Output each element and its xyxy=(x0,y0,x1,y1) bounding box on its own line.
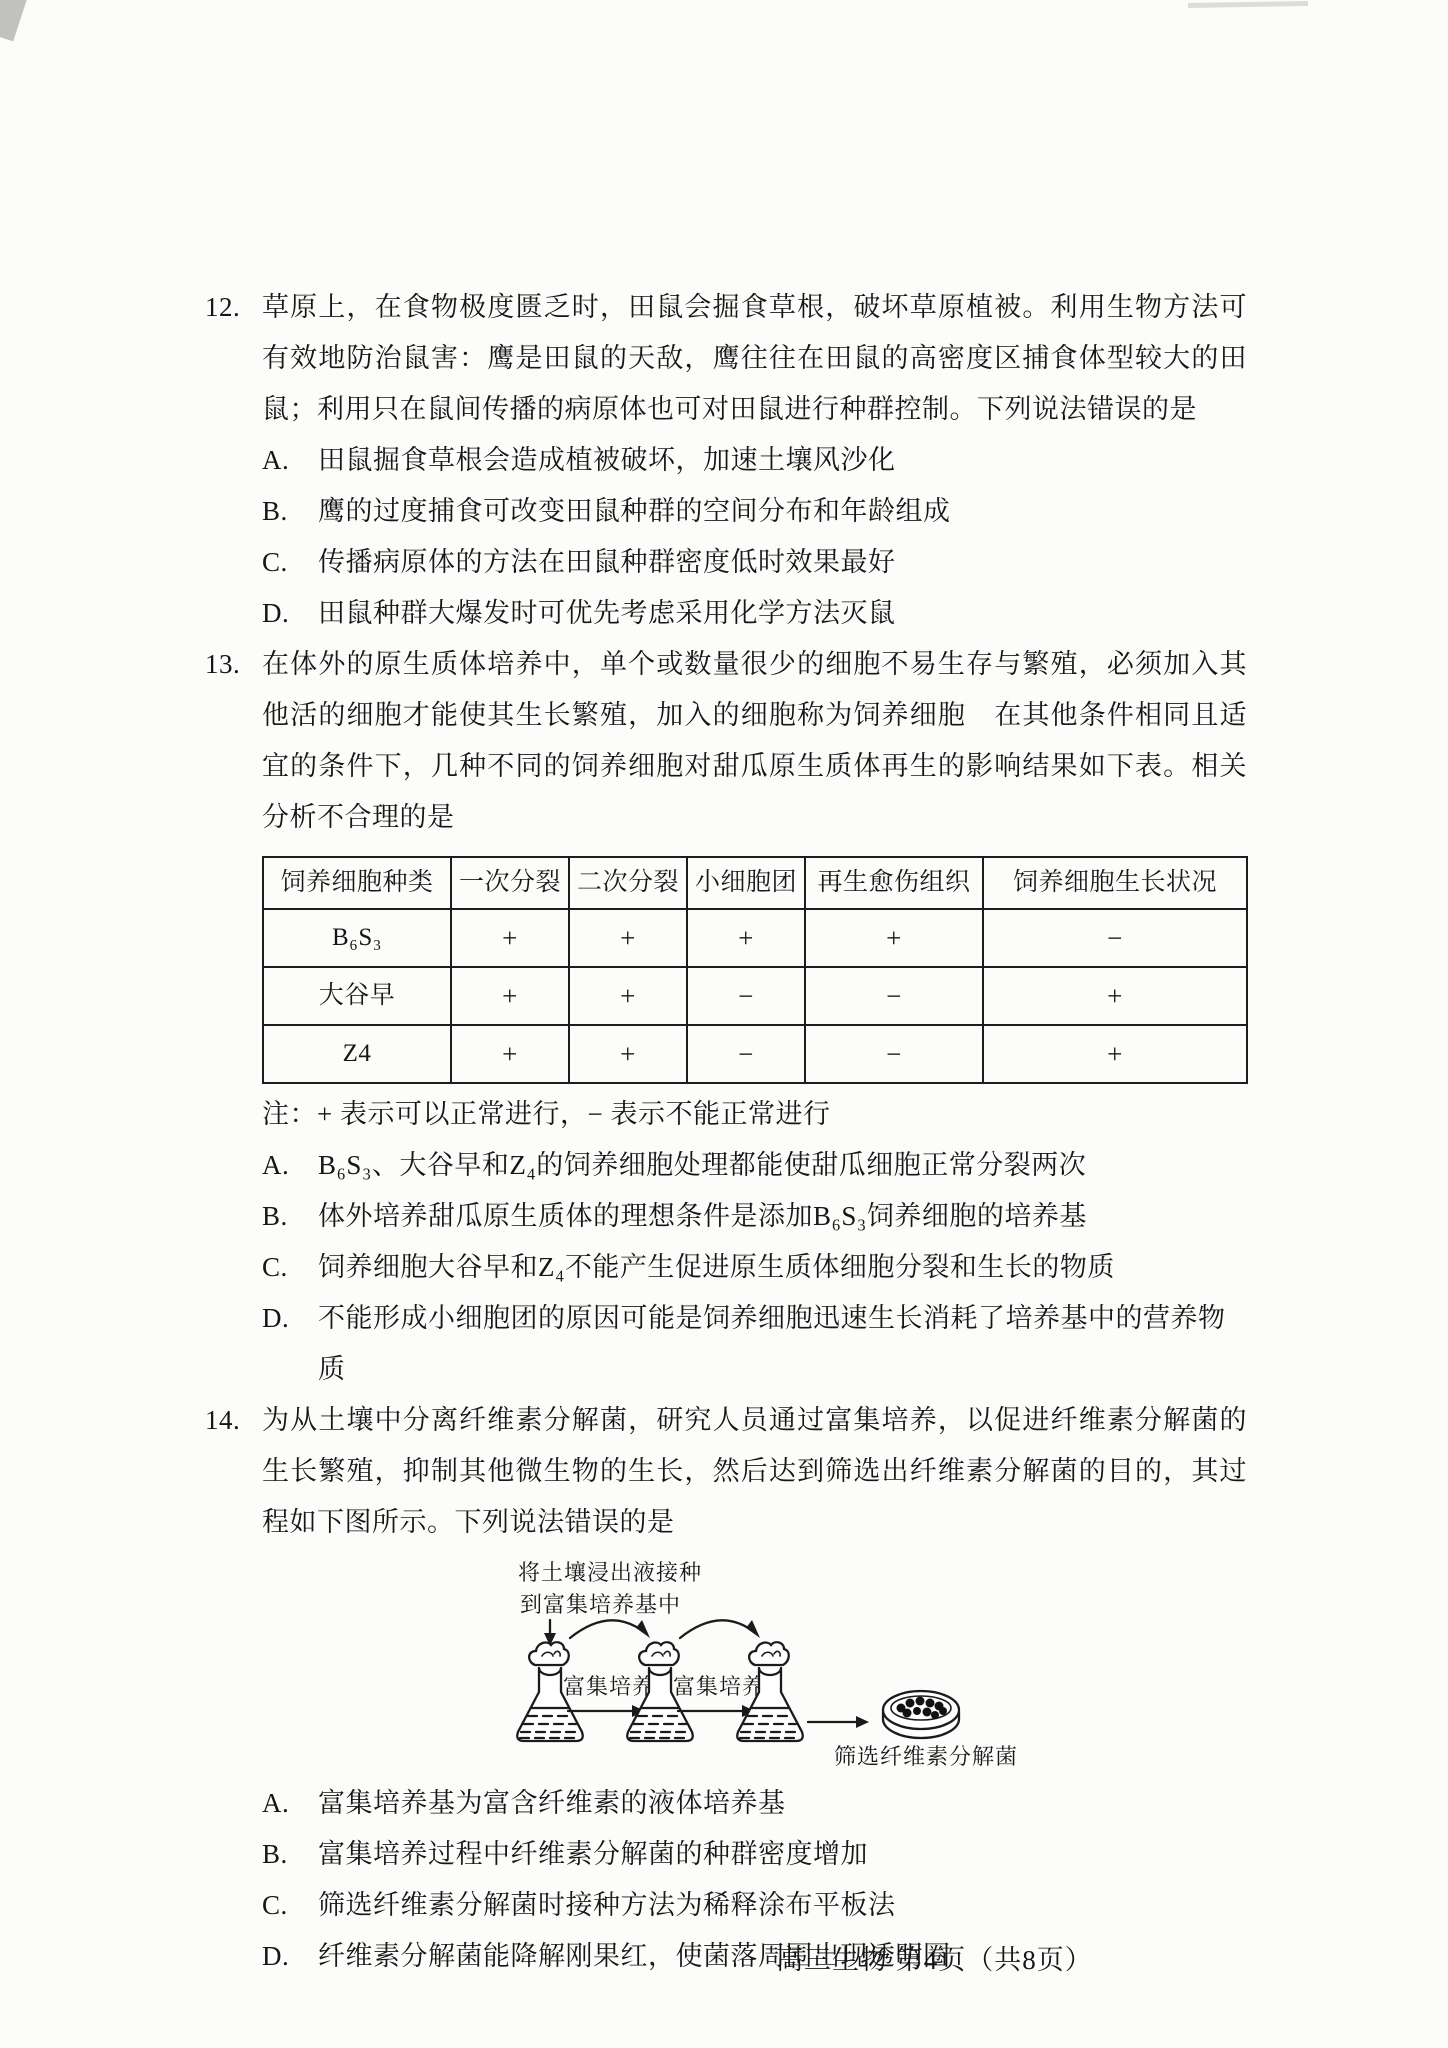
option-row: B. 富集培养过程中纤维素分解菌的种群密度增加 xyxy=(262,1829,1247,1880)
table-cell: − xyxy=(805,967,983,1025)
question-13-stem: 在体外的原生质体培养中，单个或数量很少的细胞不易生存与繁殖，必须加入其他活的细胞… xyxy=(262,639,1247,843)
question-14-options: A. 富集培养基为富含纤维素的液体培养基 B. 富集培养过程中纤维素分解菌的种群… xyxy=(262,1778,1247,1982)
table-cell: + xyxy=(569,967,687,1025)
option-row: C. 筛选纤维素分解菌时接种方法为稀释涂布平板法 xyxy=(262,1880,1247,1931)
option-letter: C. xyxy=(262,1880,318,1931)
diagram-svg: 将土壤浸出液接种 到富集培养基中 xyxy=(398,1554,1058,1776)
option-letter: C. xyxy=(262,1242,318,1293)
petri-dish xyxy=(883,1691,959,1738)
option-letter: D. xyxy=(262,1931,318,1982)
option-text: 筛选纤维素分解菌时接种方法为稀释涂布平板法 xyxy=(318,1880,1247,1931)
table-note: 注：+ 表示可以正常进行，− 表示不能正常进行 xyxy=(262,1089,1247,1140)
table-cell: + xyxy=(451,1025,569,1083)
option-letter: D. xyxy=(262,1293,318,1395)
table-cell: − xyxy=(805,1025,983,1083)
question-12: 12. 草原上，在食物极度匮乏时，田鼠会掘食草根，破坏草原植被。利用生物方法可有… xyxy=(205,282,1247,639)
row-label: Z4 xyxy=(263,1025,451,1083)
table-header-cell: 饲养细胞生长状况 xyxy=(983,857,1247,909)
question-14-number: 14. xyxy=(205,1395,262,1446)
option-letter: B. xyxy=(262,1829,318,1880)
table-cell: − xyxy=(983,909,1247,967)
option-letter: D. xyxy=(262,588,318,639)
option-row: C. 饲养细胞大谷早和Z₄不能产生促进原生质体细胞分裂和生长的物质 xyxy=(262,1242,1247,1293)
question-14-body: 为从土壤中分离纤维素分解菌，研究人员通过富集培养，以促进纤维素分解菌的生长繁殖，… xyxy=(262,1395,1247,1982)
inoculate-label-line1: 将土壤浸出液接种 xyxy=(518,1560,702,1585)
cotton-plug xyxy=(749,1642,789,1665)
table-cell: + xyxy=(569,909,687,967)
table-cell: + xyxy=(569,1025,687,1083)
option-letter: C. xyxy=(262,537,318,588)
option-text: 富集培养过程中纤维素分解菌的种群密度增加 xyxy=(318,1829,1247,1880)
row-label: B₆S₃ xyxy=(263,909,451,967)
table-row: 大谷早 + + − − + xyxy=(263,967,1247,1025)
table-header-cell: 再生愈伤组织 xyxy=(805,857,983,909)
option-row: D. 纤维素分解菌能降解刚果红，使菌落周围出现透明圈 xyxy=(262,1931,1247,1982)
table-header-cell: 二次分裂 xyxy=(569,857,687,909)
option-letter: B. xyxy=(262,486,318,537)
table-header-cell: 一次分裂 xyxy=(451,857,569,909)
table-cell: + xyxy=(983,967,1247,1025)
option-row: D. 田鼠种群大爆发时可优先考虑采用化学方法灭鼠 xyxy=(262,588,1247,639)
enrich-arrow-1 xyxy=(568,1705,645,1717)
table-header-cell: 饲养细胞种类 xyxy=(263,857,451,909)
transfer-arc-2 xyxy=(680,1620,760,1638)
table-cell: − xyxy=(687,1025,805,1083)
option-letter: A. xyxy=(262,1140,318,1191)
option-text: 田鼠掘食草根会造成植被破坏，加速土壤风沙化 xyxy=(318,435,1247,486)
option-row: D. 不能形成小细胞团的原因可能是饲养细胞迅速生长消耗了培养基中的营养物质 xyxy=(262,1293,1247,1395)
page-footer: 高三生物 第4页（共8页） xyxy=(776,1938,1093,1977)
table-header-row: 饲养细胞种类 一次分裂 二次分裂 小细胞团 再生愈伤组织 饲养细胞生长状况 xyxy=(263,857,1247,909)
option-row: A. 田鼠掘食草根会造成植被破坏，加速土壤风沙化 xyxy=(262,435,1247,486)
table-cell: + xyxy=(451,967,569,1025)
question-13-body: 在体外的原生质体培养中，单个或数量很少的细胞不易生存与繁殖，必须加入其他活的细胞… xyxy=(262,639,1247,1395)
option-text: 鹰的过度捕食可改变田鼠种群的空间分布和年龄组成 xyxy=(318,486,1247,537)
table-cell: − xyxy=(687,967,805,1025)
table-cell: + xyxy=(451,909,569,967)
option-row: A. B₆S₃、大谷早和Z₄的饲养细胞处理都能使甜瓜细胞正常分裂两次 xyxy=(262,1140,1247,1191)
option-letter: B. xyxy=(262,1191,318,1242)
question-13: 13. 在体外的原生质体培养中，单个或数量很少的细胞不易生存与繁殖，必须加入其他… xyxy=(205,639,1247,1395)
question-14-stem: 为从土壤中分离纤维素分解菌，研究人员通过富集培养，以促进纤维素分解菌的生长繁殖，… xyxy=(262,1395,1247,1548)
option-row: B. 鹰的过度捕食可改变田鼠种群的空间分布和年龄组成 xyxy=(262,486,1247,537)
option-text: B₆S₃、大谷早和Z₄的饲养细胞处理都能使甜瓜细胞正常分裂两次 xyxy=(318,1140,1247,1191)
question-12-stem: 草原上，在食物极度匮乏时，田鼠会掘食草根，破坏草原植被。利用生物方法可有效地防治… xyxy=(262,282,1247,435)
option-text: 饲养细胞大谷早和Z₄不能产生促进原生质体细胞分裂和生长的物质 xyxy=(318,1242,1247,1293)
enrich-label-2: 富集培养 xyxy=(673,1674,765,1699)
table-cell: + xyxy=(687,909,805,967)
transfer-arc-1 xyxy=(570,1620,650,1638)
question-13-number: 13. xyxy=(205,639,262,690)
table-cell: + xyxy=(983,1025,1247,1083)
cotton-plug xyxy=(639,1642,679,1665)
scan-artifact-top-left xyxy=(0,0,29,41)
table-header-cell: 小细胞团 xyxy=(687,857,805,909)
option-text: 体外培养甜瓜原生质体的理想条件是添加B₆S₃饲养细胞的培养基 xyxy=(318,1191,1247,1242)
question-12-options: A. 田鼠掘食草根会造成植被破坏，加速土壤风沙化 B. 鹰的过度捕食可改变田鼠种… xyxy=(262,435,1247,639)
screen-label: 筛选纤维素分解菌 xyxy=(834,1744,1018,1769)
option-text: 传播病原体的方法在田鼠种群密度低时效果最好 xyxy=(318,537,1247,588)
question-12-number: 12. xyxy=(205,282,262,333)
question-13-options: A. B₆S₃、大谷早和Z₄的饲养细胞处理都能使甜瓜细胞正常分裂两次 B. 体外… xyxy=(262,1140,1247,1395)
option-row: C. 传播病原体的方法在田鼠种群密度低时效果最好 xyxy=(262,537,1247,588)
option-row: B. 体外培养甜瓜原生质体的理想条件是添加B₆S₃饲养细胞的培养基 xyxy=(262,1191,1247,1242)
scan-artifact-top-right xyxy=(1188,1,1308,8)
inoculate-label-line2: 到富集培养基中 xyxy=(520,1592,681,1617)
page-content: 12. 草原上，在食物极度匮乏时，田鼠会掘食草根，破坏草原植被。利用生物方法可有… xyxy=(205,282,1247,1982)
enrich-arrow-2 xyxy=(678,1705,755,1717)
option-letter: A. xyxy=(262,1778,318,1829)
option-letter: A. xyxy=(262,435,318,486)
enrichment-culture-diagram: 将土壤浸出液接种 到富集培养基中 xyxy=(398,1554,1247,1776)
to-plate-arrow xyxy=(808,1716,869,1728)
option-row: A. 富集培养基为富含纤维素的液体培养基 xyxy=(262,1778,1247,1829)
option-text: 田鼠种群大爆发时可优先考虑采用化学方法灭鼠 xyxy=(318,588,1247,639)
option-text: 富集培养基为富含纤维素的液体培养基 xyxy=(318,1778,1247,1829)
feeder-cell-table: 饲养细胞种类 一次分裂 二次分裂 小细胞团 再生愈伤组织 饲养细胞生长状况 B₆… xyxy=(262,856,1248,1084)
table-row: B₆S₃ + + + + − xyxy=(263,909,1247,967)
option-text: 不能形成小细胞团的原因可能是饲养细胞迅速生长消耗了培养基中的营养物质 xyxy=(318,1293,1247,1395)
question-14: 14. 为从土壤中分离纤维素分解菌，研究人员通过富集培养，以促进纤维素分解菌的生… xyxy=(205,1395,1247,1982)
table-cell: + xyxy=(805,909,983,967)
question-12-body: 草原上，在食物极度匮乏时，田鼠会掘食草根，破坏草原植被。利用生物方法可有效地防治… xyxy=(262,282,1247,639)
exam-scan-page: 12. 草原上，在食物极度匮乏时，田鼠会掘食草根，破坏草原植被。利用生物方法可有… xyxy=(0,0,1448,2048)
table-row: Z4 + + − − + xyxy=(263,1025,1247,1083)
enrich-label-1: 富集培养 xyxy=(563,1674,655,1699)
cotton-plug xyxy=(529,1642,569,1665)
row-label: 大谷早 xyxy=(263,967,451,1025)
